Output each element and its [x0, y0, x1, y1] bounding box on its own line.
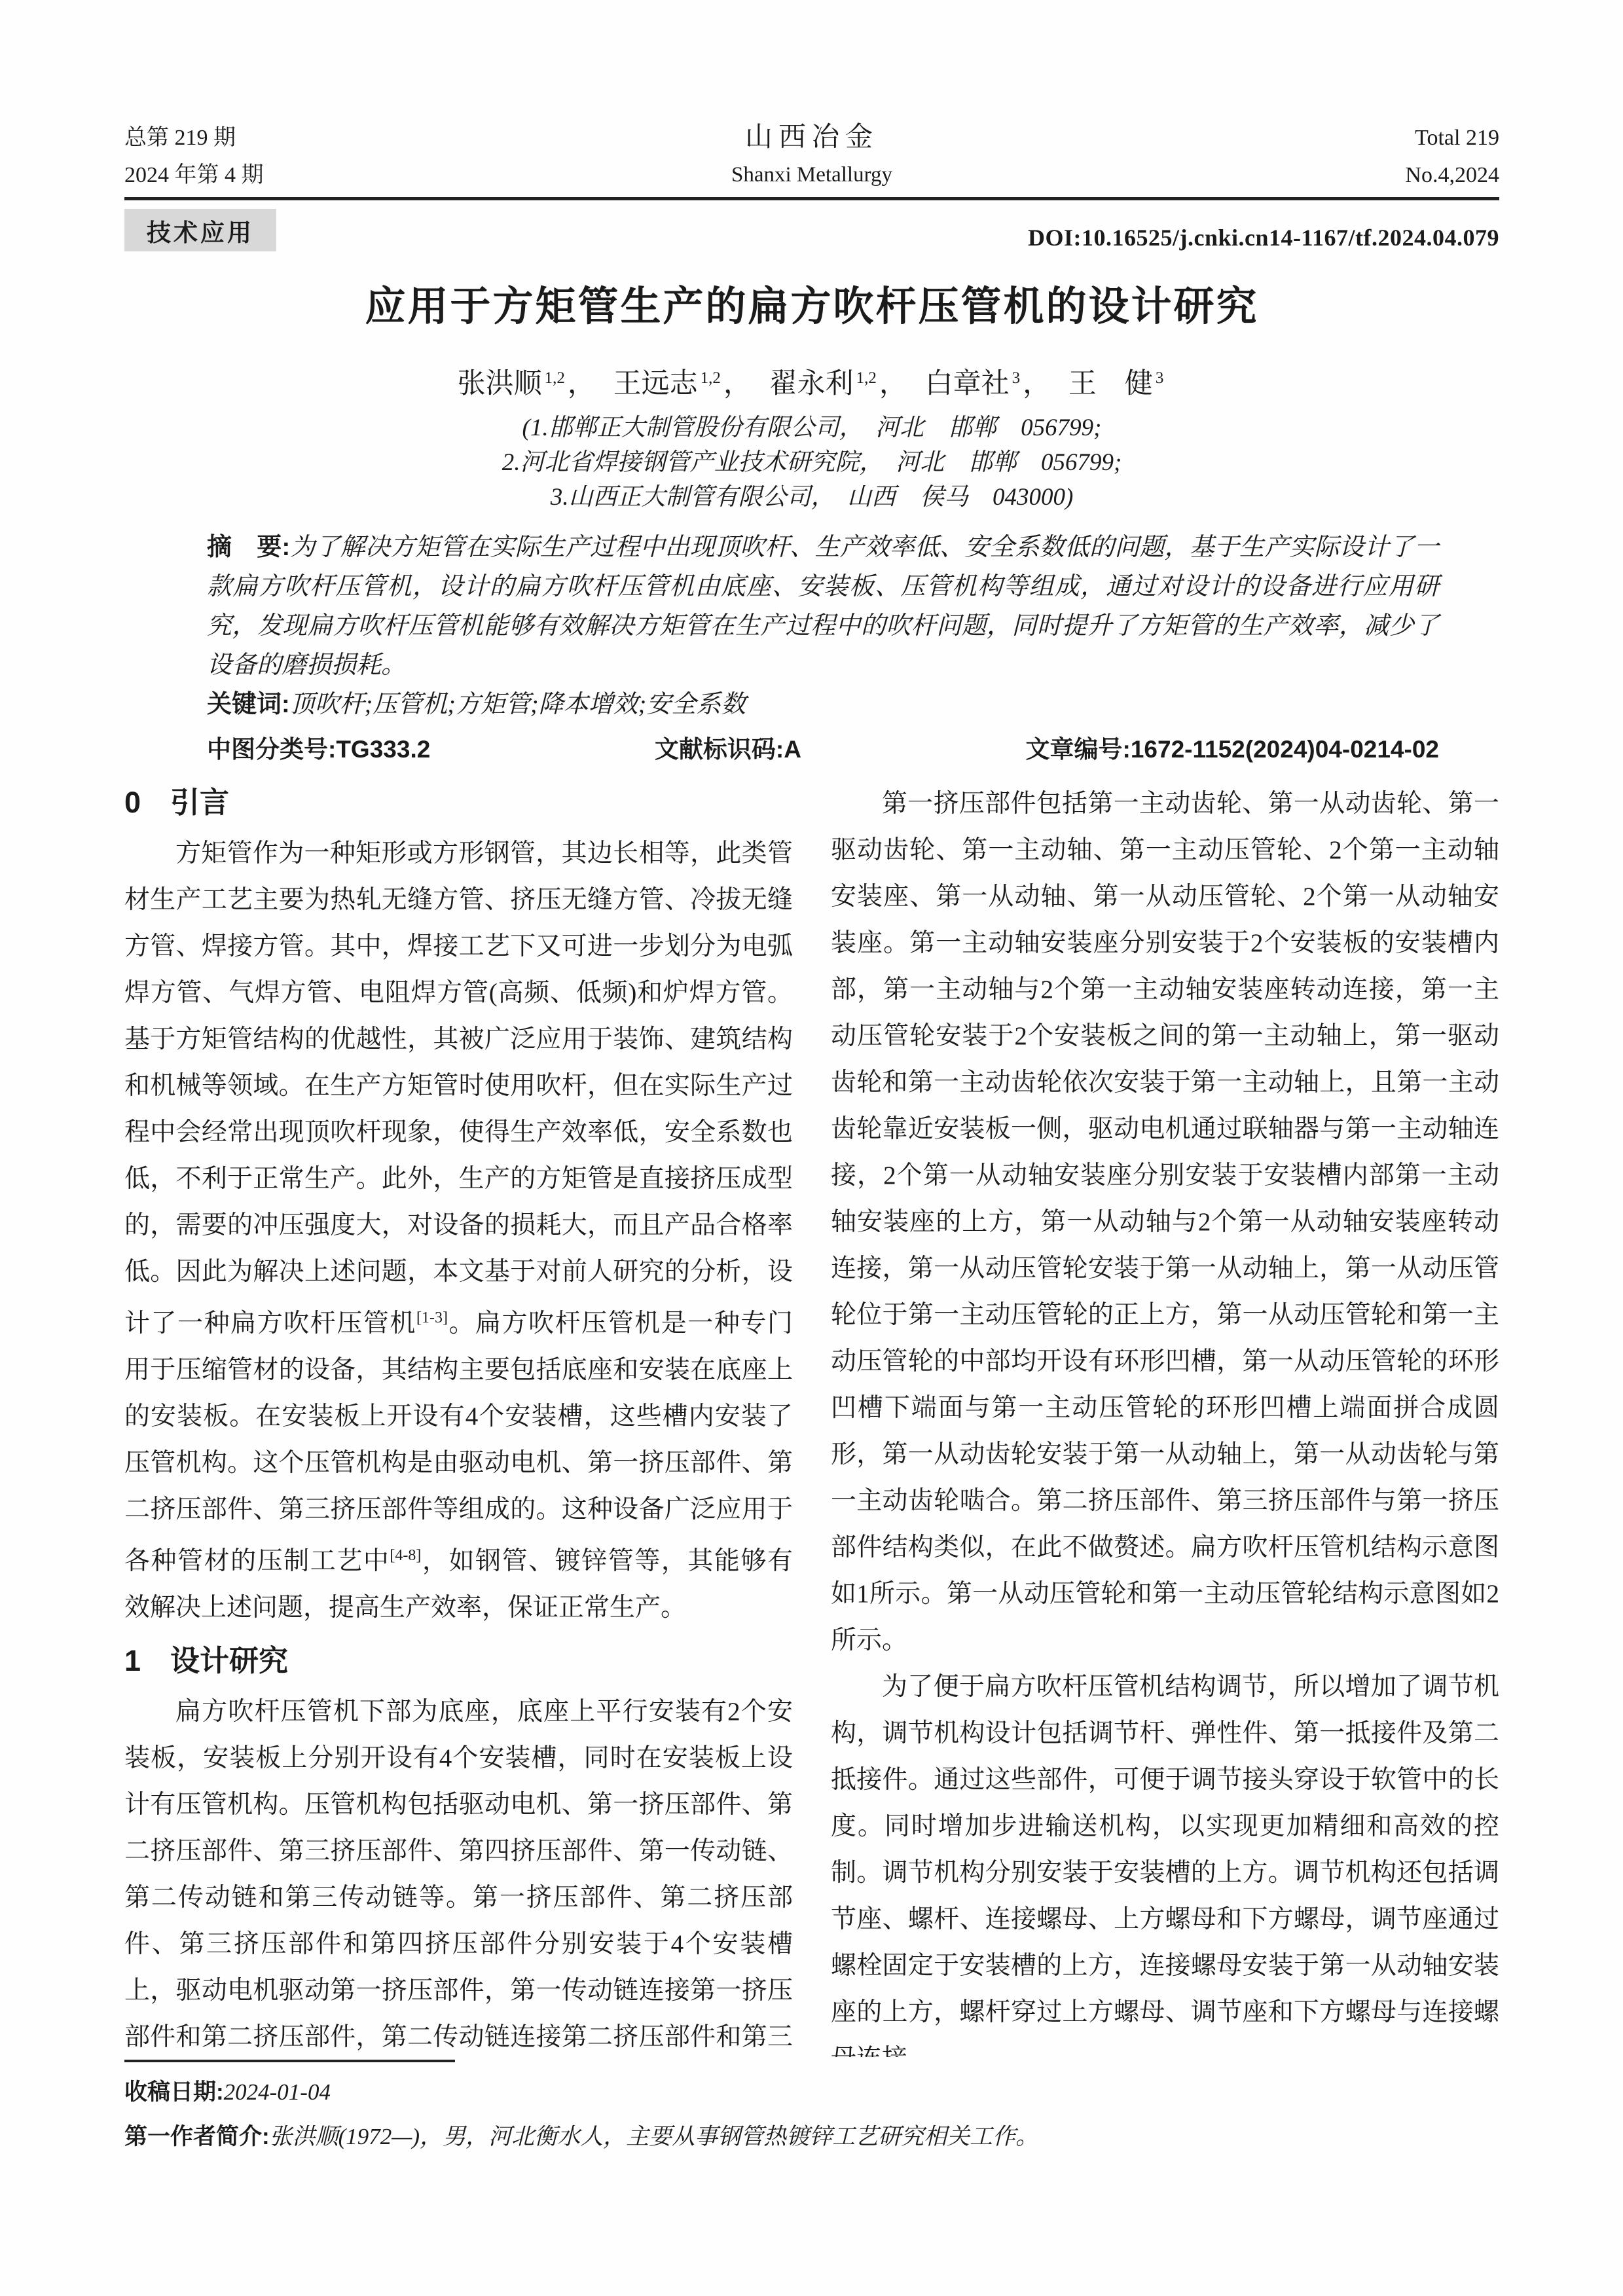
abstract-paragraph: 摘 要:为了解决方矩管在实际生产过程中出现顶吹杆、生产效率低、安全系数低的问题，…	[207, 528, 1439, 685]
paragraph-extrusion-parts: 第一挤压部件包括第一主动齿轮、第一从动齿轮、第一驱动齿轮、第一主动轴、第一主动压…	[831, 780, 1499, 1664]
doc-code-label: 文献标识码:	[655, 736, 784, 763]
affiliation-line: 2.河北省焊接钢管产业技术研究院， 河北 邯郸 056799;	[124, 445, 1499, 480]
reference-marker: [1-3]	[416, 1309, 448, 1326]
received-label: 收稿日期:	[124, 2079, 224, 2105]
section-heading-design: 1 设计研究	[124, 1641, 793, 1681]
clc-label: 中图分类号:	[207, 736, 336, 763]
issue-number-en: No.4,2024	[1083, 156, 1499, 194]
author-affil-sup: 3	[1012, 369, 1021, 387]
column-right: 第一挤压部件包括第一主动齿轮、第一从动齿轮、第一驱动齿轮、第一主动轴、第一主动压…	[831, 780, 1499, 2057]
footnote: 收稿日期:2024-01-04 第一作者简介:张洪顺(1972—)，男，河北衡水…	[124, 2060, 1499, 2151]
masthead-journal-title: 山西冶金 Shanxi Metallurgy	[541, 119, 1082, 194]
abstract-text: 为了解决方矩管在实际生产过程中出现顶吹杆、生产效率低、安全系数低的问题，基于生产…	[207, 534, 1439, 679]
paragraph-intro: 方矩管作为一种矩形或方形钢管，其边长相等，此类管材生产工艺主要为热轧无缝方管、挤…	[124, 830, 793, 1631]
affiliation-line: (1.邯郸正大制管股份有限公司， 河北 邯郸 056799;	[124, 410, 1499, 445]
journal-title-cn: 山西冶金	[541, 119, 1082, 156]
affiliation-list: (1.邯郸正大制管股份有限公司， 河北 邯郸 056799; 2.河北省焊接钢管…	[124, 410, 1499, 515]
author-name: 白章社	[925, 369, 1010, 399]
clc-item: 中图分类号:TG333.2	[207, 735, 430, 765]
abstract-label: 摘 要:	[207, 534, 290, 561]
masthead: 总第 219 期 2024 年第 4 期 山西冶金 Shanxi Metallu…	[124, 119, 1499, 194]
abstract-block: 摘 要:为了解决方矩管在实际生产过程中出现顶吹杆、生产效率低、安全系数低的问题，…	[207, 528, 1439, 724]
author-affil-sup: 1,2	[701, 369, 721, 387]
received-date: 2024-01-04	[224, 2079, 331, 2105]
author-separator: ，	[879, 369, 907, 399]
article-id-item: 文章编号:1672-1152(2024)04-0214-02	[1026, 735, 1439, 765]
doc-code-item: 文献标识码:A	[655, 735, 801, 765]
author: 王 健3	[1068, 369, 1167, 399]
author-name: 王远志	[613, 369, 698, 399]
article-title: 应用于方矩管生产的扁方吹杆压管机的设计研究	[124, 282, 1499, 333]
bio-label: 第一作者简介:	[124, 2124, 270, 2149]
banner-row: 技术应用 DOI:10.16525/j.cnki.cn14-1167/tf.20…	[124, 209, 1499, 251]
doi-text: DOI:10.16525/j.cnki.cn14-1167/tf.2024.04…	[1028, 224, 1499, 251]
paragraph-intro-text: 。扁方吹杆压管机是一种专门用于压缩管材的设备，其结构主要包括底座和安装在底座上的…	[124, 1309, 793, 1575]
footnote-rule	[124, 2060, 455, 2062]
author-name: 翟永利	[769, 369, 854, 399]
masthead-issue-en: Total 219 No.4,2024	[1083, 119, 1499, 194]
doc-code-value: A	[784, 736, 801, 763]
keywords-label: 关键词:	[207, 691, 290, 718]
received-date-line: 收稿日期:2024-01-04	[124, 2078, 1499, 2107]
header-rule	[124, 197, 1499, 200]
journal-page: 总第 219 期 2024 年第 4 期 山西冶金 Shanxi Metallu…	[0, 0, 1623, 2296]
affiliation-line: 3.山西正大制管有限公司， 山西 侯马 043000)	[124, 480, 1499, 515]
article-id-label: 文章编号:	[1026, 736, 1131, 763]
keywords-line: 关键词:顶吹杆;压管机;方矩管;降本增效;安全系数	[207, 685, 1439, 724]
bio-text: 张洪顺(1972—)，男，河北衡水人，主要从事钢管热镀锌工艺研究相关工作。	[270, 2124, 1038, 2149]
column-left: 0 引言 方矩管作为一种矩形或方形钢管，其边长相等，此类管材生产工艺主要为热轧无…	[124, 780, 793, 2057]
meta-row: 中图分类号:TG333.2 文献标识码:A 文章编号:1672-1152(202…	[207, 735, 1439, 765]
journal-title-en: Shanxi Metallurgy	[541, 156, 1082, 194]
author-name: 王 健	[1068, 369, 1153, 399]
article-id-value: 1672-1152(2024)04-0214-02	[1131, 736, 1439, 763]
author-separator: ，	[723, 369, 752, 399]
issue-total-cn: 总第 219 期	[124, 119, 541, 156]
body-columns: 0 引言 方矩管作为一种矩形或方形钢管，其边长相等，此类管材生产工艺主要为热轧无…	[124, 780, 1499, 2057]
author-name: 张洪顺	[458, 369, 542, 399]
clc-value: TG333.2	[336, 736, 430, 763]
issue-total-en: Total 219	[1083, 119, 1499, 156]
category-badge: 技术应用	[124, 209, 276, 251]
paragraph-design: 扁方吹杆压管机下部为底座，底座上平行安装有2个安装板，安装板上分别开设有4个安装…	[124, 1688, 793, 2057]
author-bio-line: 第一作者简介:张洪顺(1972—)，男，河北衡水人，主要从事钢管热镀锌工艺研究相…	[124, 2123, 1499, 2151]
author-affil-sup: 3	[1156, 369, 1164, 387]
author: 白章社3，	[925, 369, 1051, 399]
keywords-text: 顶吹杆;压管机;方矩管;降本增效;安全系数	[290, 691, 746, 718]
author: 翟永利1,2，	[769, 369, 907, 399]
paragraph-intro-text: 方矩管作为一种矩形或方形钢管，其边长相等，此类管材生产工艺主要为热轧无缝方管、挤…	[124, 839, 793, 1338]
section-heading-intro: 0 引言	[124, 783, 793, 822]
issue-number-cn: 2024 年第 4 期	[124, 156, 541, 194]
reference-marker: [4-8]	[390, 1547, 421, 1564]
author: 王远志1,2，	[613, 369, 752, 399]
author-affil-sup: 1,2	[856, 369, 877, 387]
masthead-issue-cn: 总第 219 期 2024 年第 4 期	[124, 119, 541, 194]
author-affil-sup: 1,2	[545, 369, 565, 387]
author-separator: ，	[1023, 369, 1051, 399]
paragraph-adjustment-mechanism: 为了便于扁方吹杆压管机结构调节，所以增加了调节机构，调节机构设计包括调节杆、弹性…	[831, 1664, 1499, 2057]
author-separator: ，	[568, 369, 596, 399]
author: 张洪顺1,2，	[458, 369, 596, 399]
author-list: 张洪顺1,2， 王远志1,2， 翟永利1,2， 白章社3， 王 健3	[124, 360, 1499, 403]
